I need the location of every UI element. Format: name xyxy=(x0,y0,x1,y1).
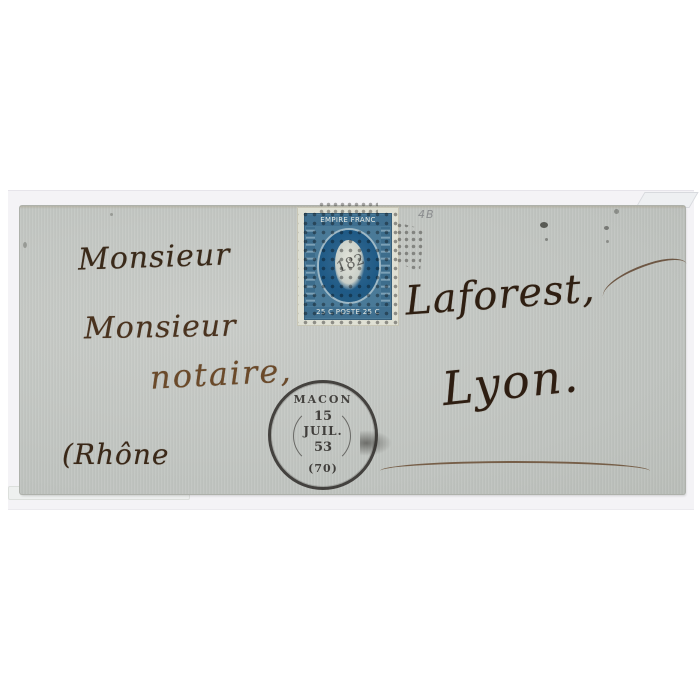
postmark-department-code: (70) xyxy=(271,463,375,474)
postmark-month: JUIL. xyxy=(271,425,375,437)
postmark-town: MACON xyxy=(271,393,375,406)
lozenge-cancel-spill xyxy=(318,201,378,215)
address-profession: notaire, xyxy=(149,351,293,396)
postage-stamp: EMPIRE FRANC 25 C POSTE 25 C 182 xyxy=(298,208,398,325)
address-salutation-2: Monsieur xyxy=(84,309,237,347)
ink-speck xyxy=(545,238,548,241)
postmark-year: 53 xyxy=(271,441,375,454)
ink-speck xyxy=(606,240,609,243)
ink-speck xyxy=(614,209,619,214)
photo-stage: EMPIRE FRANC 25 C POSTE 25 C 182 4B Mons… xyxy=(0,0,700,700)
ink-speck xyxy=(540,222,548,228)
pencil-notation: 4B xyxy=(418,208,435,221)
circular-datestamp: MACON 15 JUIL. 53 (70) xyxy=(268,380,378,490)
ink-speck xyxy=(23,242,27,248)
ink-speck xyxy=(110,213,113,216)
ink-speck xyxy=(604,226,609,230)
postmark-day: 15 xyxy=(271,410,375,423)
address-department: (Rhône xyxy=(62,438,170,471)
address-salutation-1: Monsieur xyxy=(77,237,231,277)
